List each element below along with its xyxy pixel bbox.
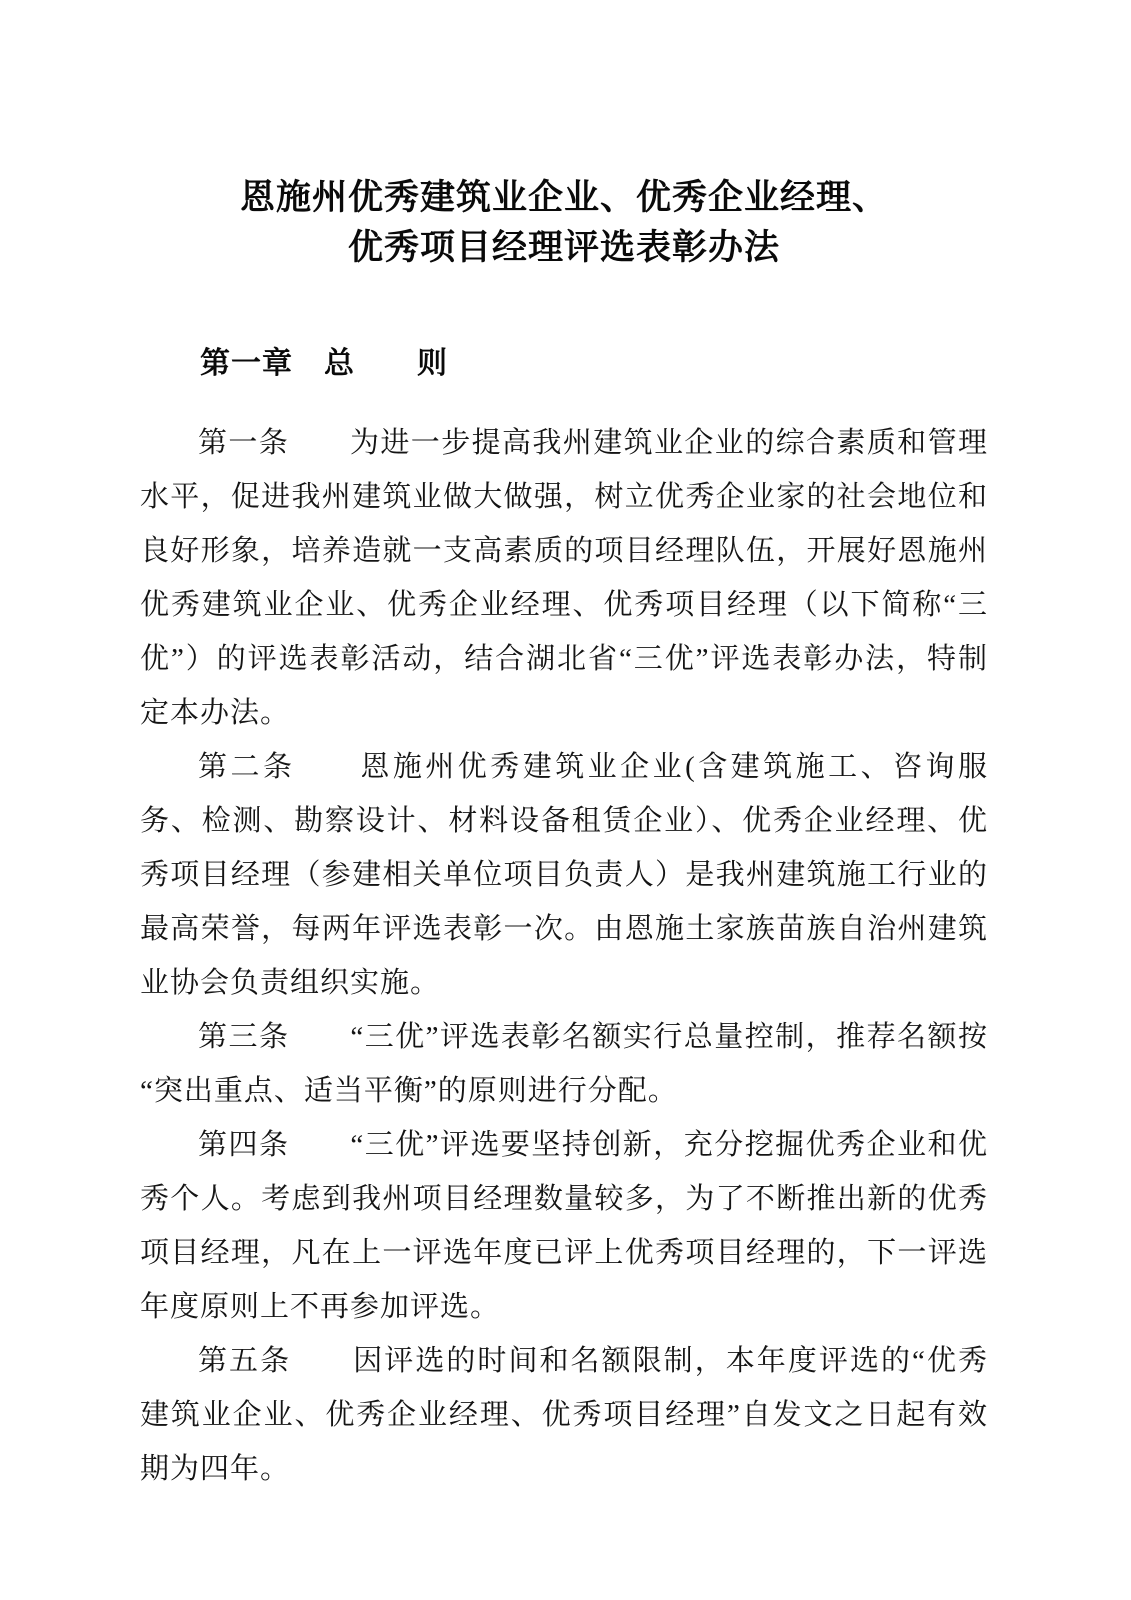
paragraph-article-4: 第四条 “三优”评选要坚持创新，充分挖掘优秀企业和优秀个人。考虑到我州项目经理数… [140, 1118, 988, 1334]
paragraph-article-2: 第二条 恩施州优秀建筑业企业(含建筑施工、咨询服务、检测、勘察设计、材料设备租赁… [140, 740, 988, 1010]
document-title-line-2: 优秀项目经理评选表彰办法 [140, 223, 988, 273]
document-page: 恩施州优秀建筑业企业、优秀企业经理、 优秀项目经理评选表彰办法 第一章 总 则 … [0, 0, 1131, 1600]
document-body: 第一条 为进一步提高我州建筑业企业的综合素质和管理水平，促进我州建筑业做大做强，… [140, 416, 988, 1496]
document-title-line-1: 恩施州优秀建筑业企业、优秀企业经理、 [140, 173, 988, 223]
document-title: 恩施州优秀建筑业企业、优秀企业经理、 优秀项目经理评选表彰办法 [140, 173, 988, 273]
paragraph-article-3: 第三条 “三优”评选表彰名额实行总量控制，推荐名额按“突出重点、适当平衡”的原则… [140, 1010, 988, 1118]
chapter-heading: 第一章 总 则 [140, 337, 988, 391]
paragraph-article-5: 第五条 因评选的时间和名额限制，本年度评选的“优秀建筑业企业、优秀企业经理、优秀… [140, 1334, 988, 1496]
paragraph-article-1: 第一条 为进一步提高我州建筑业企业的综合素质和管理水平，促进我州建筑业做大做强，… [140, 416, 988, 740]
